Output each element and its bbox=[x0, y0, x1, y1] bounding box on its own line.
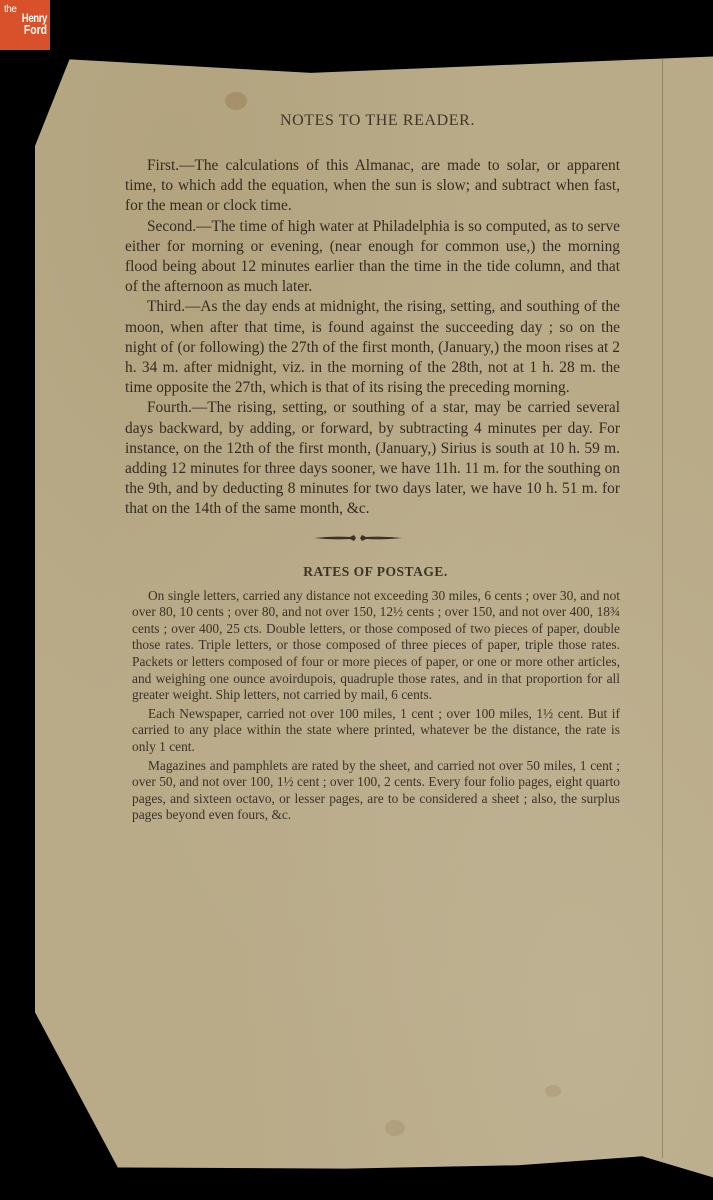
page-fold-line bbox=[662, 58, 663, 1158]
notes-section: First.—The calculations of this Almanac,… bbox=[125, 156, 620, 520]
note-first: First.—The calculations of this Almanac,… bbox=[125, 156, 620, 217]
postage-magazines: Magazines and pamphlets are rated by the… bbox=[132, 758, 620, 824]
note-second: Second.—The time of high water at Philad… bbox=[125, 217, 620, 298]
paper-stain bbox=[385, 1120, 405, 1136]
note-third: Third.—As the day ends at midnight, the … bbox=[125, 297, 620, 398]
note-fourth: Fourth.—The rising, setting, or southing… bbox=[125, 398, 620, 519]
notes-title: NOTES TO THE READER. bbox=[125, 112, 620, 130]
ornament-divider-icon bbox=[312, 534, 404, 542]
postage-section: On single letters, carried any distance … bbox=[125, 588, 620, 824]
logo-text-ford: Ford bbox=[13, 23, 47, 36]
postage-title: RATES OF POSTAGE. bbox=[125, 564, 620, 580]
henry-ford-logo[interactable]: the Henry Ford bbox=[0, 0, 50, 50]
paper-stain bbox=[545, 1085, 561, 1097]
paper-stain bbox=[225, 92, 247, 110]
page-content: NOTES TO THE READER. First.—The calculat… bbox=[125, 112, 620, 824]
postage-letters: On single letters, carried any distance … bbox=[132, 588, 620, 704]
postage-newspapers: Each Newspaper, carried not over 100 mil… bbox=[132, 706, 620, 756]
